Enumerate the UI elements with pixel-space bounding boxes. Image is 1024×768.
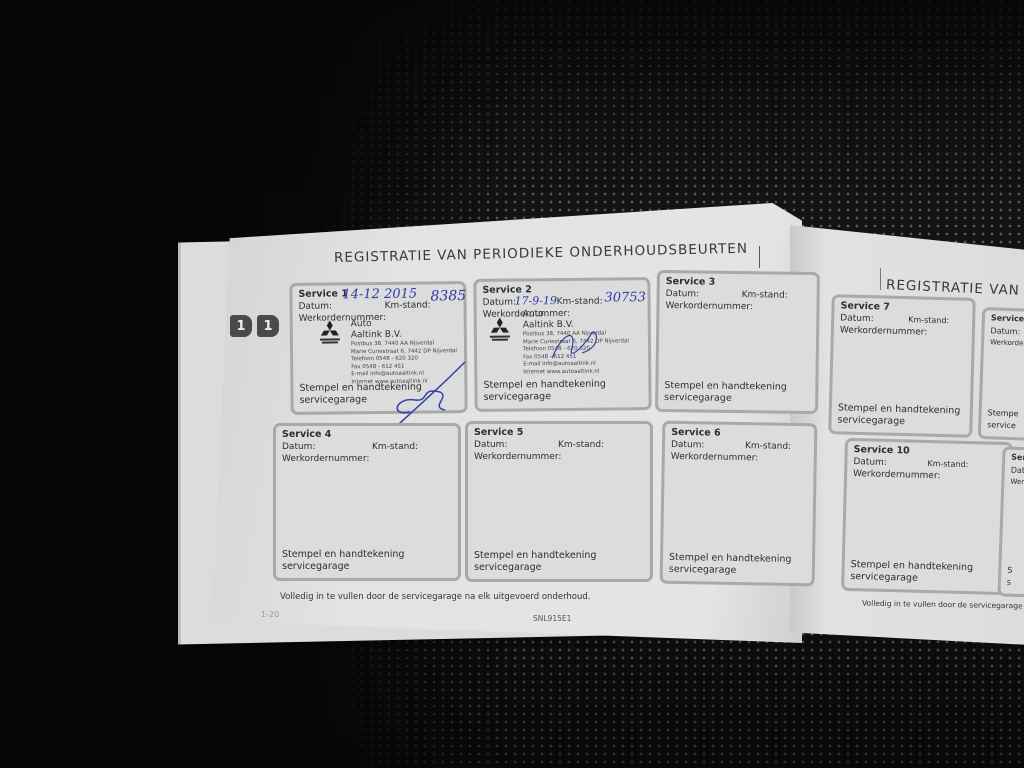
- maintenance-booklet: 1 1 REGISTRATIE VAN PERIODIEKE ONDERHOUD…: [0, 0, 1024, 768]
- stamp-signature-label: Stempel en handtekening servicegarage: [837, 402, 960, 429]
- service-box-3: Service 3 Datum: Km-stand: Werkordernumm…: [655, 270, 820, 414]
- datum-label: Datum:: [853, 457, 887, 468]
- km-label: Km-stand:: [745, 441, 791, 452]
- workorder-label: Werkordernummer:: [853, 469, 941, 481]
- chapter-tab: 1: [257, 315, 279, 337]
- handwritten-km: 30753: [604, 290, 646, 305]
- stamp-signature-label: Stempel en handtekening servicegarage: [669, 552, 792, 578]
- service-label: Service 6: [671, 427, 721, 439]
- divider: [759, 246, 760, 268]
- stamp-signature-label: Stempel en handtekening servicegarage: [474, 550, 596, 574]
- service-box-10: Service 10 Datum: Km-stand: Werkordernum…: [841, 438, 1013, 595]
- stamp-signature-label: S s: [1007, 565, 1013, 589]
- page-number: 1-20: [261, 610, 279, 619]
- stamp-signature-label: Stempel en handtekening servicegarage: [850, 559, 973, 586]
- km-label: Km-stand:: [742, 290, 788, 301]
- workorder-label: Werkordernummer:: [840, 325, 928, 337]
- handwritten-km: 8385: [430, 288, 466, 304]
- signature-scribble: [547, 323, 607, 369]
- stamp-signature-label: Stempe service: [987, 407, 1019, 432]
- datum-label: Datum:: [299, 301, 333, 311]
- service-label: Service 8: [991, 313, 1024, 323]
- service-label: Service 4: [282, 429, 331, 440]
- km-label: Km-stand:: [372, 442, 418, 452]
- datum-label: Datum:: [840, 313, 874, 324]
- service-label: Service 3: [666, 276, 716, 288]
- stamp-signature-label: Stempel en handtekening servicegarage: [282, 549, 404, 573]
- service-box-2: Service 2 Datum: Km-stand: Werkordernumm…: [473, 277, 651, 412]
- service-label: Servi: [1011, 453, 1024, 463]
- service-box-6: Service 6 Datum: Km-stand: Werkordernumm…: [660, 421, 818, 587]
- datum-label: Datum:: [990, 326, 1020, 336]
- divider: [880, 268, 881, 290]
- stamp-signature-label: Stempel en handtekening servicegarage: [664, 380, 787, 406]
- service-box-4: Service 4 Datum: Km-stand: Werkordernumm…: [273, 423, 461, 581]
- service-box-5: Service 5 Datum: Km-stand: Werkordernumm…: [465, 421, 653, 582]
- workorder-label: Werkordernummer:: [665, 301, 753, 312]
- footnote: Volledig in te vullen door de servicegar…: [280, 592, 591, 602]
- datum-label: Datum:: [671, 440, 705, 451]
- workorder-label: Werkordernummer:: [474, 452, 561, 462]
- service-label: Service 7: [840, 300, 890, 312]
- km-label: Km-stand:: [558, 440, 604, 450]
- service-label: Service 10: [854, 444, 910, 456]
- workorder-label: Werk: [1010, 478, 1024, 487]
- datum-label: Datum:: [483, 297, 517, 307]
- km-label: Km-stand:: [927, 459, 968, 469]
- document-code: SNL915E1: [533, 614, 571, 623]
- datum-label: Datu: [1011, 466, 1024, 476]
- service-label: Service 1: [298, 288, 348, 300]
- service-label: Service 5: [474, 427, 523, 438]
- handwritten-date: 17-9-19: [514, 294, 557, 307]
- chapter-tab: 1: [230, 315, 252, 337]
- service-box-11: Servi Datu Werk S s: [997, 446, 1024, 597]
- stamp-signature-label: Stempel en handtekening servicegarage: [483, 379, 606, 404]
- workorder-label: Werkordernummer:: [282, 454, 369, 464]
- workorder-label: Werkordernummer:: [671, 452, 759, 464]
- service-box-8: Service 8 Datum: Werkorder Stempe servic…: [978, 307, 1024, 441]
- km-label: Km-stand:: [385, 300, 431, 310]
- workorder-label: Werkorder: [990, 338, 1024, 347]
- service-box-7: Service 7 Datum: Km-stand: Werkordernumm…: [828, 294, 976, 438]
- mitsubishi-logo-icon: [489, 318, 511, 344]
- km-label: Km-stand:: [908, 315, 949, 325]
- mitsubishi-logo-icon: [319, 320, 341, 346]
- datum-label: Datum:: [666, 289, 700, 299]
- datum-label: Datum:: [474, 440, 507, 450]
- km-label: Km-stand:: [557, 297, 603, 307]
- handwritten-date: 14-12 2015: [342, 287, 417, 303]
- datum-label: Datum:: [282, 442, 315, 452]
